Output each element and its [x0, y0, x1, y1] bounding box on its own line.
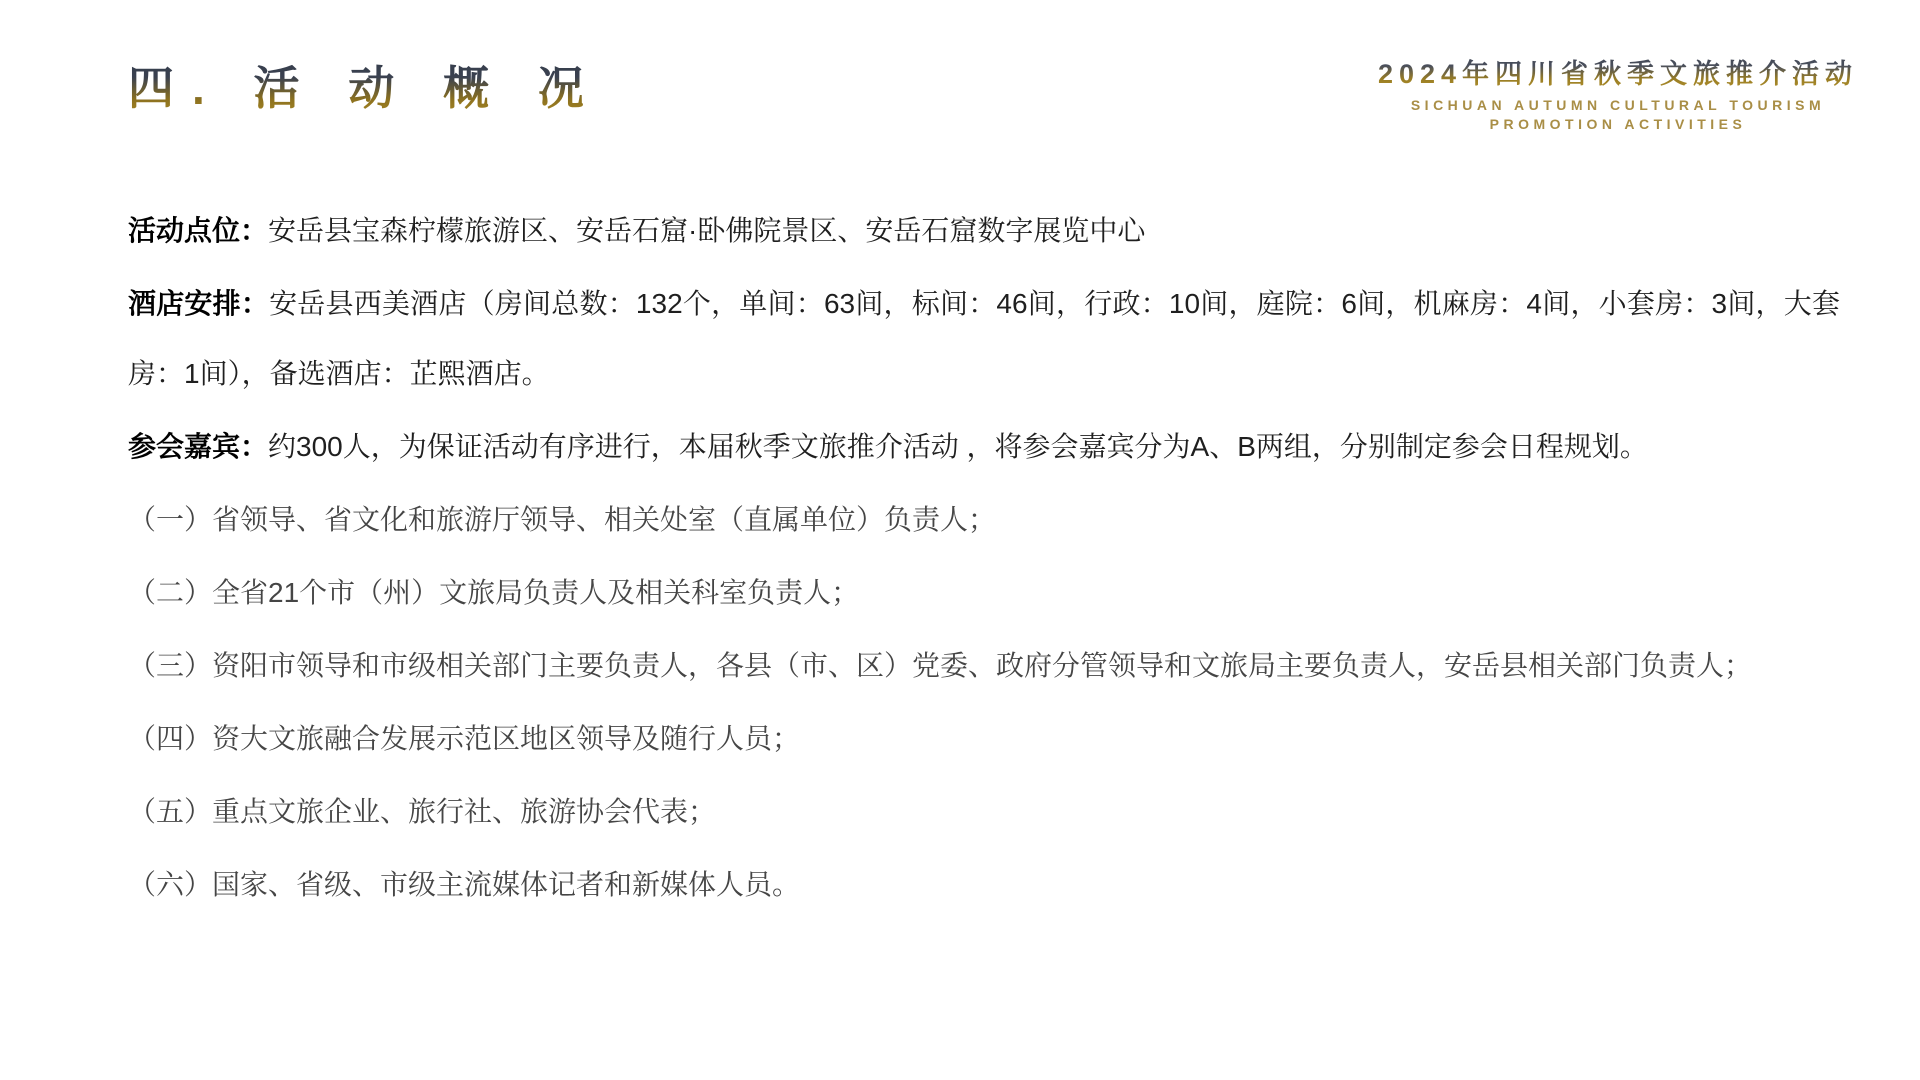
paragraph-label-attending-guests: 参会嘉宾：: [128, 431, 268, 462]
guest-list-item-2: （二）全省21个市（州）文旅局负责人及相关科室负责人；: [128, 558, 1840, 628]
brand-subtitle-english-line1: SICHUAN AUTUMN CULTURAL TOURISM: [1368, 97, 1868, 113]
slide: 四. 活 动 概 况 2024年四川省秋季文旅推介活动 SICHUAN AUTU…: [0, 0, 1920, 1080]
paragraph-label-event-venues: 活动点位：: [128, 215, 268, 246]
brand-block: 2024年四川省秋季文旅推介活动 SICHUAN AUTUMN CULTURAL…: [1368, 52, 1868, 132]
guest-list-item-5: （五）重点文旅企业、旅行社、旅游协会代表；: [128, 777, 1840, 847]
paragraph-attending-guests: 参会嘉宾：约300人，为保证活动有序进行，本届秋季文旅推介活动 ，将参会嘉宾分为…: [128, 412, 1840, 482]
paragraph-hotel-arrangement: 酒店安排：安岳县西美酒店（房间总数：132个，单间：63间，标间：46间，行政：…: [128, 269, 1840, 409]
brand-title-chinese: 2024年四川省秋季文旅推介活动: [1368, 52, 1868, 91]
paragraph-text-attending-guests: 约300人，为保证活动有序进行，本届秋季文旅推介活动 ，将参会嘉宾分为A、B两组…: [268, 431, 1648, 462]
guest-list-item-1: （一）省领导、省文化和旅游厅领导、相关处室（直属单位）负责人；: [128, 485, 1840, 555]
paragraph-label-hotel-arrangement: 酒店安排：: [128, 288, 269, 319]
slide-body: 活动点位：安岳县宝森柠檬旅游区、安岳石窟·卧佛院景区、安岳石窟数字展览中心 酒店…: [128, 196, 1840, 923]
guest-list-item-4: （四）资大文旅融合发展示范区地区领导及随行人员；: [128, 704, 1840, 774]
brand-subtitle-english-line2: PROMOTION ACTIVITIES: [1368, 116, 1868, 132]
guest-list-item-6: （六）国家、省级、市级主流媒体记者和新媒体人员。: [128, 850, 1840, 920]
page-title: 四. 活 动 概 况: [128, 52, 602, 118]
paragraph-text-hotel-arrangement: 安岳县西美酒店（房间总数：132个，单间：63间，标间：46间，行政：10间，庭…: [128, 288, 1840, 389]
guest-list-item-3: （三）资阳市领导和市级相关部门主要负责人，各县（市、区）党委、政府分管领导和文旅…: [128, 631, 1840, 701]
paragraph-event-venues: 活动点位：安岳县宝森柠檬旅游区、安岳石窟·卧佛院景区、安岳石窟数字展览中心: [128, 196, 1840, 266]
paragraph-text-event-venues: 安岳县宝森柠檬旅游区、安岳石窟·卧佛院景区、安岳石窟数字展览中心: [268, 215, 1145, 246]
